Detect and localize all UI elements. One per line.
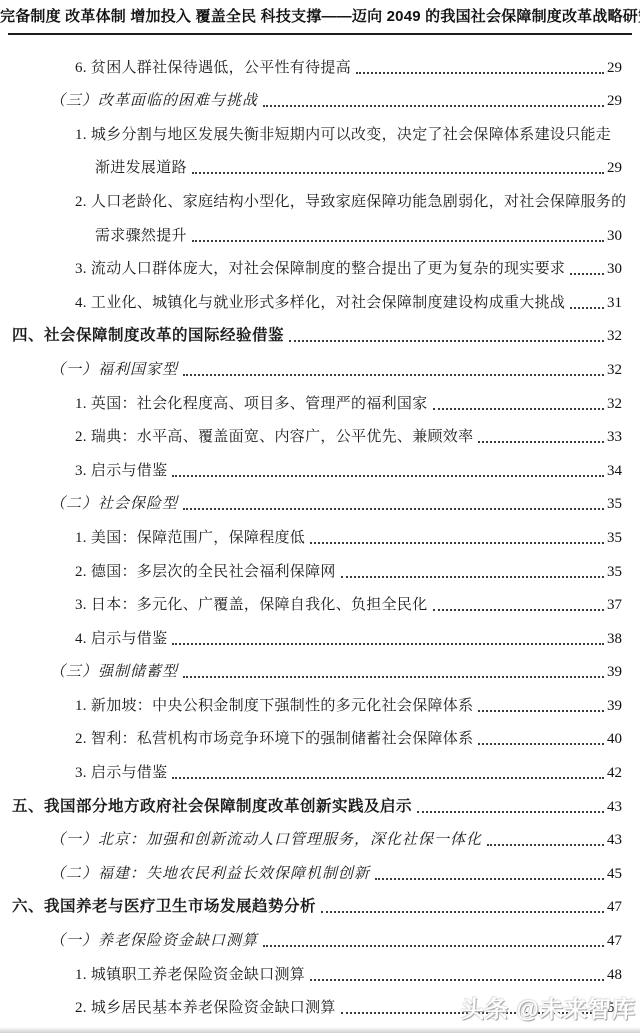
toc-entry-title: 2. 德国：多层次的全民社会福利保障网: [75, 560, 336, 581]
dotted-leader: [321, 911, 604, 913]
toc-entry: 2. 瑞典：水平高、覆盖面宽、内容广，公平优先、兼顾效率33: [0, 420, 640, 454]
toc-entry: 3. 启示与借鉴42: [0, 755, 640, 789]
dotted-leader: [341, 576, 604, 578]
header-rule: [8, 33, 632, 35]
toc-entry-title: 1. 美国：保障范围广，保障程度低: [75, 526, 305, 547]
toc-entry-title: 1. 城乡分割与地区发展失衡非短期内可以改变，决定了社会保障体系建设只能走: [75, 123, 611, 144]
page-number: 34: [607, 463, 622, 480]
toc-entry: （二）社会保险型35: [0, 487, 640, 521]
toc-entry: 1. 城乡分割与地区发展失衡非短期内可以改变，决定了社会保障体系建设只能走: [0, 117, 640, 151]
toc-entry: （一）北京：加强和创新流动人口管理服务，深化社保一体化43: [0, 823, 640, 857]
page-number: 32: [607, 362, 622, 379]
toc-entry: 1. 城镇职工养老保险资金缺口测算48: [0, 957, 640, 991]
dotted-leader: [289, 340, 604, 342]
dotted-leader: [172, 475, 604, 477]
toc-entry-title: 2. 智利：私营机构市场竞争环境下的强制储蓄社会保障体系: [75, 727, 473, 748]
toc-entry-title: 四、社会保障制度改革的国际经验借鉴: [12, 323, 284, 345]
toc-entry-title: 3. 日本：多元化、广覆盖，保障自我化、负担全民化: [75, 593, 428, 614]
toc-entry-title: 五、我国部分地方政府社会保障制度改革创新实践及启示: [12, 794, 412, 816]
toc-entry: 四、社会保障制度改革的国际经验借鉴32: [0, 319, 640, 353]
dotted-leader: [183, 508, 604, 510]
toc-entry: 2. 德国：多层次的全民社会福利保障网35: [0, 554, 640, 588]
toc-entry-title: （三）强制储蓄型: [50, 660, 178, 681]
page-number: 29: [607, 160, 622, 177]
dotted-leader: [570, 273, 604, 275]
page-number: 39: [607, 698, 622, 715]
toc-entry: 3. 流动人口群体庞大，对社会保障制度的整合提出了更为复杂的现实要求30: [0, 252, 640, 286]
page-number: 39: [607, 664, 622, 681]
toc-entry: （二）福建：失地农民利益长效保障机制创新45: [0, 856, 640, 890]
toc-entry: 3. 日本：多元化、广覆盖，保障自我化、负担全民化37: [0, 588, 640, 622]
page-number: 35: [607, 496, 622, 513]
toc-entry: 6. 贫困人群社保待遇低，公平性有待提高29: [0, 50, 640, 84]
toc-entry: 需求骤然提升30: [0, 218, 640, 252]
toc-entry: 五、我国部分地方政府社会保障制度改革创新实践及启示43: [0, 789, 640, 823]
page-number: 37: [607, 597, 622, 614]
page-number: 31: [607, 295, 622, 312]
toc-entry-title: （三）改革面临的困难与挑战: [50, 89, 258, 110]
toc-entry-title: 1. 英国：社会化程度高、项目多、管理严的福利国家: [75, 392, 428, 413]
running-header-title: 完备制度 改革体制 增加投入 覆盖全民 科技支撑——迈向 2049 的我国社会保…: [0, 5, 640, 26]
dotted-leader: [433, 609, 604, 611]
toc-entry: 1. 新加坡：中央公积金制度下强制性的多元化社会保障体系39: [0, 688, 640, 722]
page-number: 32: [607, 328, 622, 345]
toc-entry: （三）强制储蓄型39: [0, 655, 640, 689]
toc-entry-title: （一）福利国家型: [50, 358, 178, 379]
dotted-leader: [570, 307, 604, 309]
toc-entry-title: 3. 流动人口群体庞大，对社会保障制度的整合提出了更为复杂的现实要求: [75, 257, 565, 278]
page-number: 43: [607, 832, 622, 849]
dotted-leader: [192, 172, 604, 174]
dotted-leader: [183, 676, 604, 678]
toc-entry: 渐进发展道路29: [0, 151, 640, 185]
toc-entry-title: 4. 工业化、城镇化与就业形式多样化，对社会保障制度建设构成重大挑战: [75, 291, 565, 312]
page-number: 38: [607, 631, 622, 648]
page-number: 47: [607, 933, 622, 950]
document-page: 完备制度 改革体制 增加投入 覆盖全民 科技支撑——迈向 2049 的我国社会保…: [0, 0, 640, 1033]
dotted-leader: [310, 542, 604, 544]
toc-entry-title: （二）社会保险型: [50, 492, 178, 513]
dotted-leader: [192, 240, 604, 242]
toc-entry-title: 2. 城乡居民基本养老保险资金缺口测算: [75, 996, 336, 1017]
toc-list: 6. 贫困人群社保待遇低，公平性有待提高29（三）改革面临的困难与挑战291. …: [0, 50, 640, 1033]
dotted-leader: [478, 441, 604, 443]
toc-entry: 1. 英国：社会化程度高、项目多、管理严的福利国家32: [0, 386, 640, 420]
dotted-leader: [172, 777, 604, 779]
toc-entry: 4. 工业化、城镇化与就业形式多样化，对社会保障制度建设构成重大挑战31: [0, 285, 640, 319]
dotted-leader: [310, 979, 604, 981]
toc-entry-title: 1. 新加坡：中央公积金制度下强制性的多元化社会保障体系: [75, 694, 473, 715]
toc-entry: （一）福利国家型32: [0, 352, 640, 386]
page-bottom-edge: [0, 1027, 640, 1033]
dotted-leader: [172, 643, 604, 645]
page-number: 32: [607, 396, 622, 413]
toc-entry: 2. 人口老龄化、家庭结构小型化，导致家庭保障功能急剧弱化，对社会保障服务的: [0, 184, 640, 218]
dotted-leader: [478, 743, 604, 745]
dotted-leader: [263, 945, 604, 947]
page-number: 29: [607, 93, 622, 110]
toc-entry: 1. 美国：保障范围广，保障程度低35: [0, 520, 640, 554]
toc-entry: 3. 启示与借鉴34: [0, 453, 640, 487]
dotted-leader: [375, 878, 604, 880]
page-number: 43: [607, 799, 622, 816]
page-number: 35: [607, 530, 622, 547]
toc-entry-title: 2. 人口老龄化、家庭结构小型化，导致家庭保障功能急剧弱化，对社会保障服务的: [75, 190, 626, 211]
page-number: 30: [607, 228, 622, 245]
page-number: 47: [607, 899, 622, 916]
dotted-leader: [417, 811, 604, 813]
toc-entry-title: 六、我国养老与医疗卫生市场发展趋势分析: [12, 894, 316, 916]
dotted-leader: [478, 710, 604, 712]
dotted-leader: [487, 844, 604, 846]
toc-entry-title: 渐进发展道路: [95, 156, 187, 177]
toc-entry: （一）养老保险资金缺口测算47: [0, 923, 640, 957]
page-number: 35: [607, 564, 622, 581]
toc-entry-title: （一）北京：加强和创新流动人口管理服务，深化社保一体化: [50, 828, 482, 849]
dotted-leader: [433, 408, 604, 410]
toc-entry-title: 6. 贫困人群社保待遇低，公平性有待提高: [75, 56, 351, 77]
toc-entry-title: （二）福建：失地农民利益长效保障机制创新: [50, 862, 370, 883]
toc-entry: 4. 启示与借鉴38: [0, 621, 640, 655]
toc-entry-title: 4. 启示与借鉴: [75, 627, 167, 648]
page-number: 33: [607, 429, 622, 446]
toc-entry-title: 1. 城镇职工养老保险资金缺口测算: [75, 963, 305, 984]
dotted-leader: [356, 72, 604, 74]
page-number: 40: [607, 731, 622, 748]
page-number: 42: [607, 765, 622, 782]
toc-entry-title: 需求骤然提升: [95, 224, 187, 245]
page-number: 30: [607, 261, 622, 278]
toc-entry-title: 2. 瑞典：水平高、覆盖面宽、内容广，公平优先、兼顾效率: [75, 425, 473, 446]
page-number: 45: [607, 866, 622, 883]
toc-entry: （三）改革面临的困难与挑战29: [0, 84, 640, 118]
toc-entry-title: （一）养老保险资金缺口测算: [50, 929, 258, 950]
page-number: 29: [607, 60, 622, 77]
page-number: 48: [607, 967, 622, 984]
toc-entry-title: 3. 启示与借鉴: [75, 761, 167, 782]
toc-entry-title: 3. 启示与借鉴: [75, 459, 167, 480]
toc-entry: 六、我国养老与医疗卫生市场发展趋势分析47: [0, 890, 640, 924]
dotted-leader: [183, 374, 604, 376]
dotted-leader: [263, 105, 604, 107]
watermark-text: 头条 @未来智库: [461, 991, 636, 1024]
toc-entry: 2. 智利：私营机构市场竞争环境下的强制储蓄社会保障体系40: [0, 722, 640, 756]
